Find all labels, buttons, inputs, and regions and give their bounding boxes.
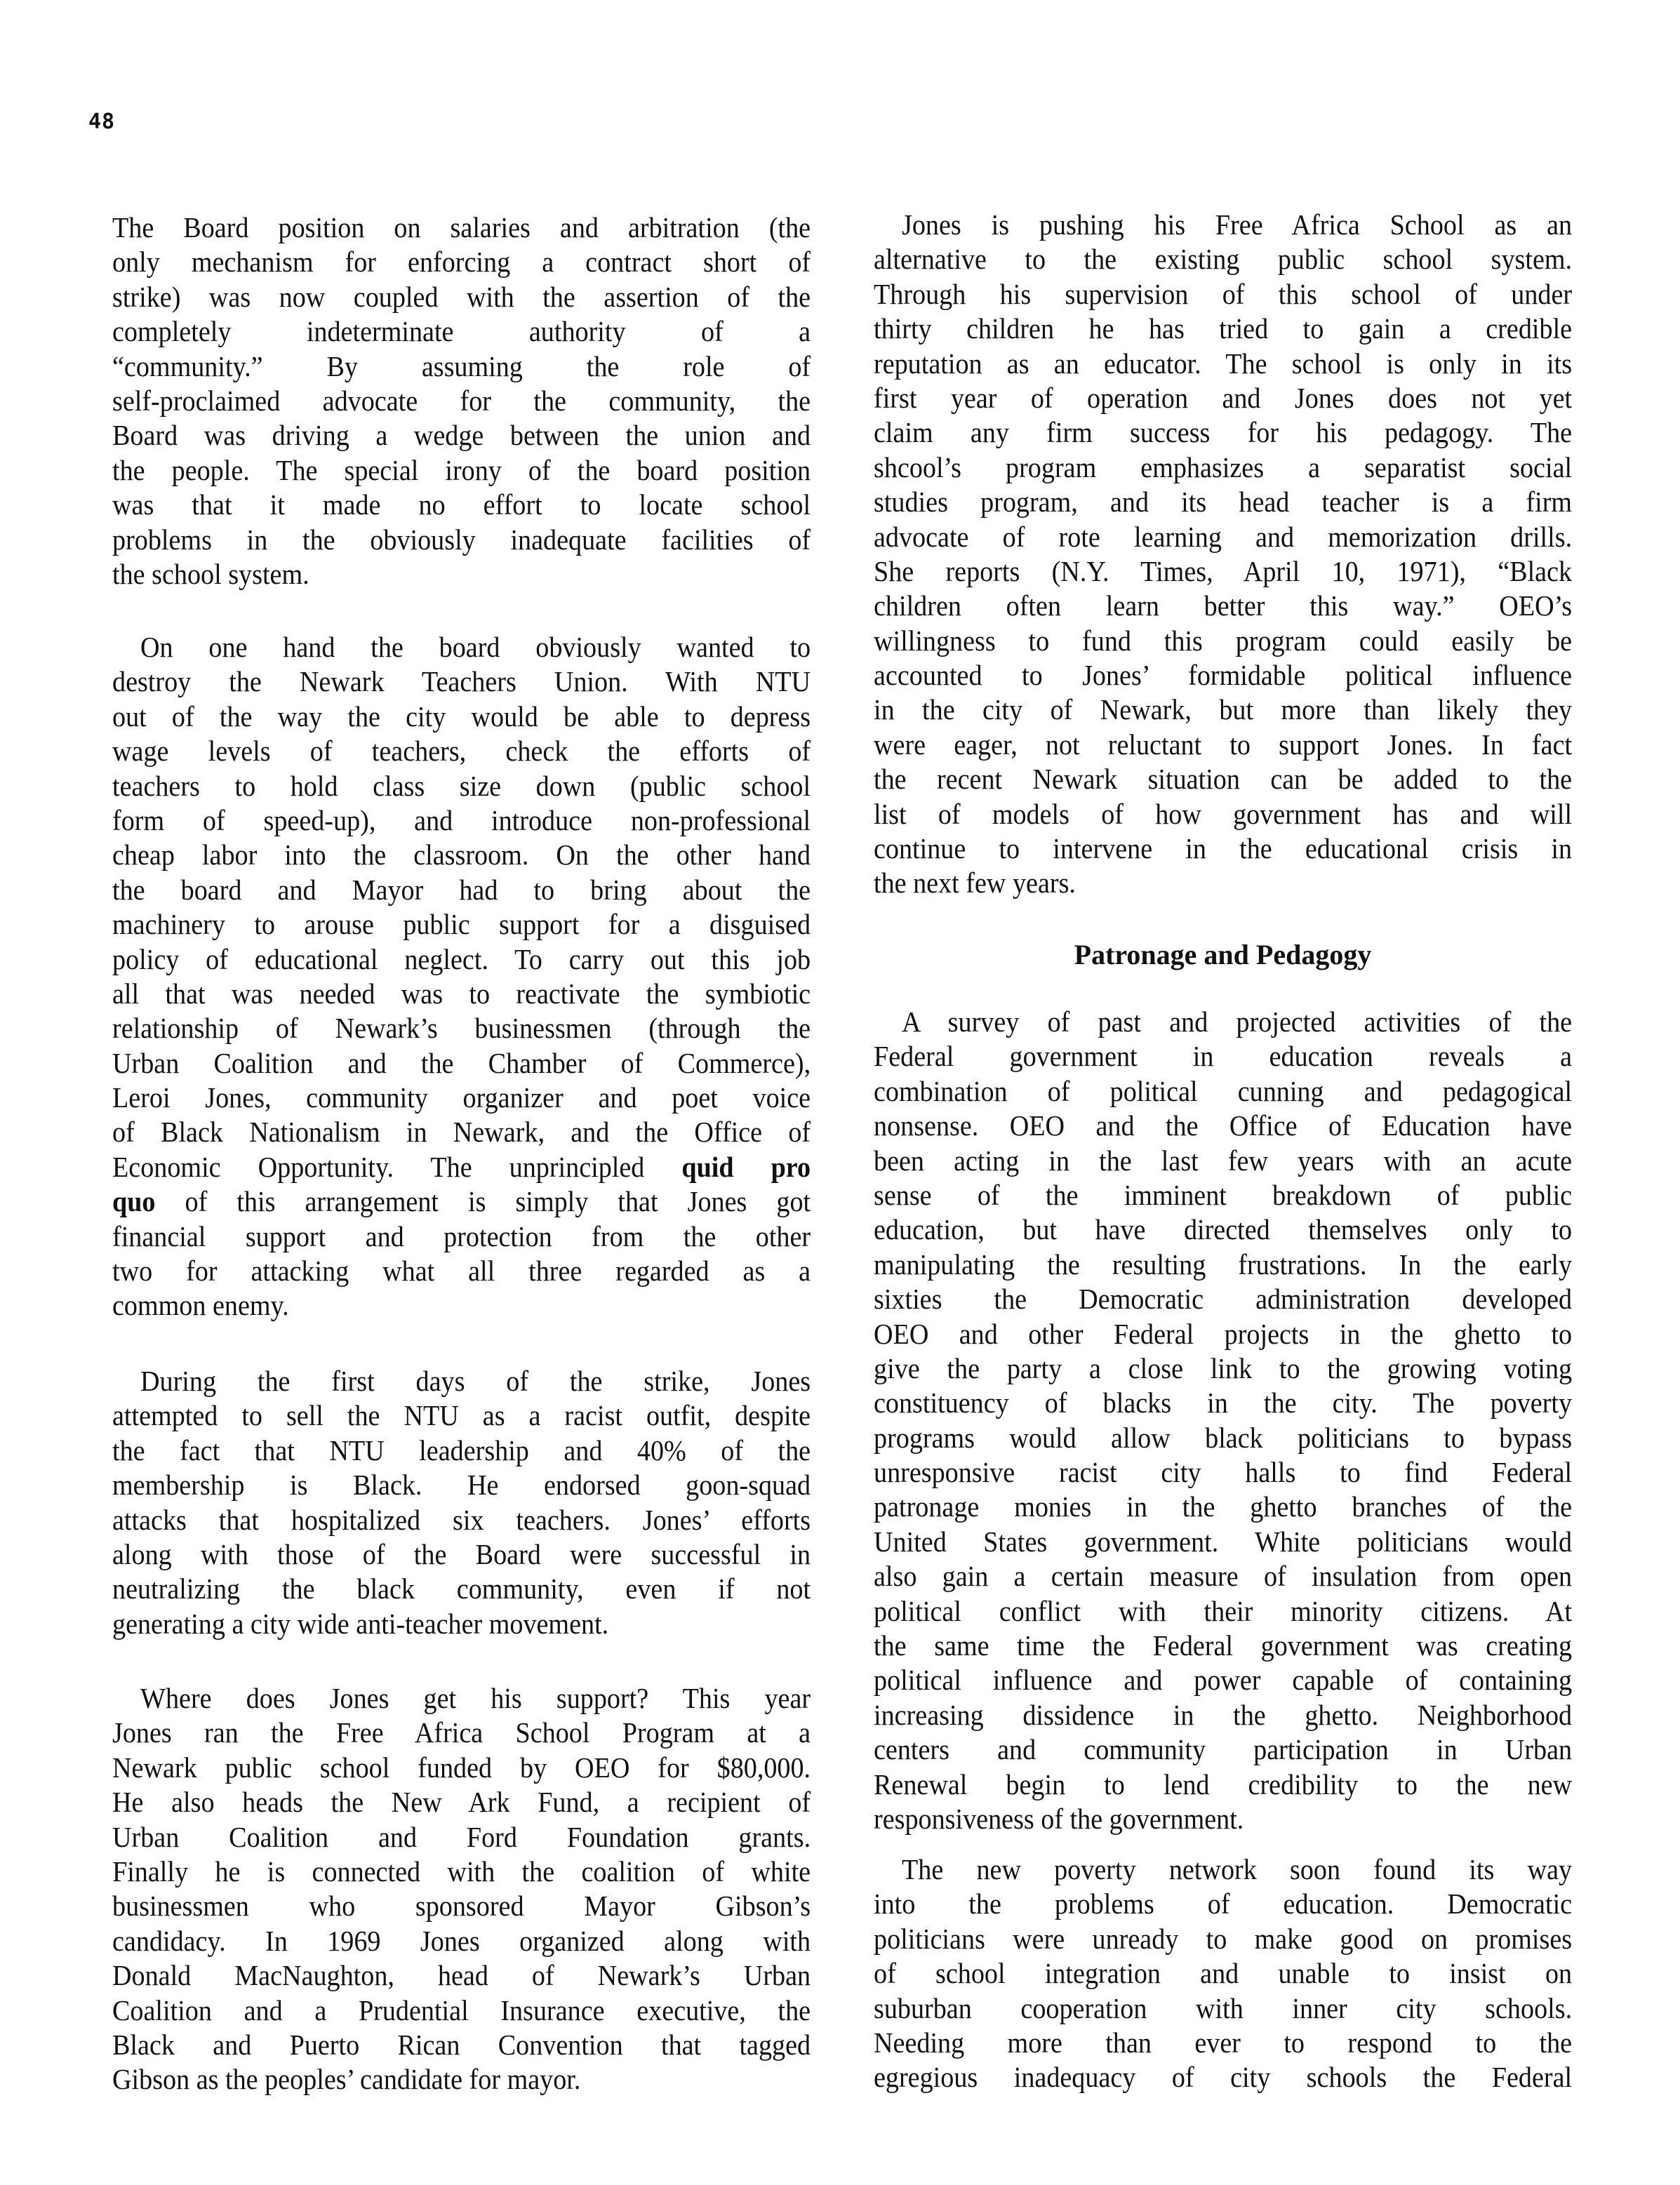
text-line: Needing more than ever to respond to the xyxy=(874,2026,1572,2060)
text-line: in the city of Newark, but more than lik… xyxy=(874,693,1572,727)
text-line: Renewal begin to lend credibility to the… xyxy=(874,1768,1572,1802)
text-line: manipulating the resulting frustrations.… xyxy=(874,1248,1572,1282)
text-line: thirty children he has tried to gain a c… xyxy=(874,312,1572,346)
text-line: Board was driving a wedge between the un… xyxy=(112,418,811,453)
text-line: list of models of how government has and… xyxy=(874,797,1572,831)
text-line: constituency of blacks in the city. The … xyxy=(874,1386,1572,1420)
text-line: The Board position on salaries and arbit… xyxy=(112,211,811,245)
text-line: first year of operation and Jones does n… xyxy=(874,381,1572,415)
text-line: generating a city wide anti-teacher move… xyxy=(112,1607,811,1641)
text-line: claim any firm success for his pedagogy.… xyxy=(874,415,1572,450)
text-line: common enemy. xyxy=(112,1288,811,1323)
text-line: all that was needed was to reactivate th… xyxy=(112,977,811,1011)
text-line: Economic Opportunity. The unprincipled q… xyxy=(112,1150,811,1184)
paragraph-board-position: The Board position on salaries and arbit… xyxy=(112,211,811,592)
text-line: Black and Puerto Rican Convention that t… xyxy=(112,2028,811,2062)
paragraph-strike-days: During the first days of the strike, Jon… xyxy=(112,1364,811,1641)
text-line: the board and Mayor had to bring about t… xyxy=(112,873,811,907)
text-line: candidacy. In 1969 Jones organized along… xyxy=(112,1924,811,1958)
text-line: Donald MacNaughton, head of Newark’s Urb… xyxy=(112,1958,811,1993)
text-line: studies program, and its head teacher is… xyxy=(874,485,1572,519)
text-line: political influence and power capable of… xyxy=(874,1663,1572,1697)
text-line: was that it made no effort to locate sch… xyxy=(112,488,811,522)
text-line: She reports (N.Y. Times, April 10, 1971)… xyxy=(874,554,1572,589)
text-line: Jones is pushing his Free Africa School … xyxy=(874,208,1572,242)
text-line: Urban Coalition and the Chamber of Comme… xyxy=(112,1046,811,1081)
paragraph-federal-survey: A survey of past and projected activitie… xyxy=(874,1005,1572,1836)
text-line: patronage monies in the ghetto branches … xyxy=(874,1490,1572,1524)
text-line: Federal government in education reveals … xyxy=(874,1039,1572,1074)
text-line: the fact that NTU leadership and 40% of … xyxy=(112,1434,811,1468)
text-line: also gain a certain measure of insulatio… xyxy=(874,1559,1572,1593)
text-line: sense of the imminent breakdown of publi… xyxy=(874,1178,1572,1212)
text-line: completely indeterminate authority of a xyxy=(112,314,811,349)
text-line: Where does Jones get his support? This y… xyxy=(112,1681,811,1716)
text-line: were eager, not reluctant to support Jon… xyxy=(874,728,1572,762)
text-line: teachers to hold class size down (public… xyxy=(112,769,811,803)
text-line: cheap labor into the classroom. On the o… xyxy=(112,838,811,872)
section-heading: Patronage and Pedagogy xyxy=(874,937,1572,973)
text-segment: Economic Opportunity. The unprincipled xyxy=(112,1151,681,1183)
text-line: of Black Nationalism in Newark, and the … xyxy=(112,1115,811,1149)
document-page: 48 The Board position on salaries and ar… xyxy=(0,0,1680,2185)
text-line: sixties the Democratic administration de… xyxy=(874,1282,1572,1316)
text-line: two for attacking what all three regarde… xyxy=(112,1254,811,1288)
text-line: policy of educational neglect. To carry … xyxy=(112,942,811,977)
text-line: United States government. White politici… xyxy=(874,1525,1572,1559)
text-line: along with those of the Board were succe… xyxy=(112,1537,811,1572)
text-line: nonsense. OEO and the Office of Educatio… xyxy=(874,1109,1572,1143)
text-line: Gibson as the peoples’ candidate for may… xyxy=(112,2062,811,2097)
text-line: advocate of rote learning and memorizati… xyxy=(874,520,1572,554)
text-line: problems in the obviously inadequate fac… xyxy=(112,523,811,557)
text-line: give the party a close link to the growi… xyxy=(874,1351,1572,1386)
text-line: unresponsive racist city halls to find F… xyxy=(874,1455,1572,1490)
text-line: neutralizing the black community, even i… xyxy=(112,1572,811,1606)
text-line: On one hand the board obviously wanted t… xyxy=(112,630,811,664)
text-line: Finally he is connected with the coaliti… xyxy=(112,1855,811,1889)
text-line: During the first days of the strike, Jon… xyxy=(112,1364,811,1398)
text-line: suburban cooperation with inner city sch… xyxy=(874,1991,1572,2026)
text-line: The new poverty network soon found its w… xyxy=(874,1852,1572,1887)
text-line: OEO and other Federal projects in the gh… xyxy=(874,1317,1572,1351)
text-line: A survey of past and projected activitie… xyxy=(874,1005,1572,1039)
text-line: the same time the Federal government was… xyxy=(874,1629,1572,1663)
bold-phrase: quid pro xyxy=(681,1151,811,1183)
text-line: financial support and protection from th… xyxy=(112,1220,811,1254)
paragraph-destroy-union: On one hand the board obviously wanted t… xyxy=(112,630,811,1323)
text-line: combination of political cunning and ped… xyxy=(874,1074,1572,1109)
text-line: reputation as an educator. The school is… xyxy=(874,347,1572,381)
paragraph-free-africa-school: Jones is pushing his Free Africa School … xyxy=(874,208,1572,901)
text-line: the school system. xyxy=(112,557,811,592)
text-line: centers and community participation in U… xyxy=(874,1732,1572,1767)
text-line: attacks that hospitalized six teachers. … xyxy=(112,1503,811,1537)
text-line: into the problems of education. Democrat… xyxy=(874,1887,1572,1921)
text-line: of school integration and unable to insi… xyxy=(874,1956,1572,1991)
text-line: Jones ran the Free Africa School Program… xyxy=(112,1716,811,1750)
paragraph-poverty-network: The new poverty network soon found its w… xyxy=(874,1852,1572,2095)
text-line: Newark public school funded by OEO for $… xyxy=(112,1751,811,1785)
text-line: membership is Black. He endorsed goon-sq… xyxy=(112,1468,811,1502)
text-line: shcool’s program emphasizes a separatist… xyxy=(874,450,1572,485)
text-line: responsiveness of the government. xyxy=(874,1802,1572,1836)
paragraph-jones-support: Where does Jones get his support? This y… xyxy=(112,1681,811,2097)
text-line: businessmen who sponsored Mayor Gibson’s xyxy=(112,1889,811,1923)
text-line: children often learn better this way.” O… xyxy=(874,589,1572,623)
text-line: willingness to fund this program could e… xyxy=(874,624,1572,658)
text-line: out of the way the city would be able to… xyxy=(112,700,811,734)
text-line: the recent Newark situation can be added… xyxy=(874,762,1572,796)
text-line: machinery to arouse public support for a… xyxy=(112,907,811,942)
text-line: the next few years. xyxy=(874,866,1572,900)
bold-phrase: quo xyxy=(112,1185,155,1217)
text-line: wage levels of teachers, check the effor… xyxy=(112,734,811,768)
text-line: accounted to Jones’ formidable political… xyxy=(874,658,1572,693)
text-line: politicians were unready to make good on… xyxy=(874,1922,1572,1956)
text-line: programs would allow black politicians t… xyxy=(874,1421,1572,1455)
text-line: self-proclaimed advocate for the communi… xyxy=(112,384,811,418)
text-line: education, but have directed themselves … xyxy=(874,1212,1572,1247)
text-line: destroy the Newark Teachers Union. With … xyxy=(112,664,811,699)
text-line: Urban Coalition and Ford Foundation gran… xyxy=(112,1820,811,1855)
text-line: Leroi Jones, community organizer and poe… xyxy=(112,1081,811,1115)
text-line: “community.” By assuming the role of xyxy=(112,349,811,384)
page-number: 48 xyxy=(88,109,115,134)
text-line: been acting in the last few years with a… xyxy=(874,1144,1572,1178)
text-line: Coalition and a Prudential Insurance exe… xyxy=(112,1993,811,2028)
text-line: form of speed-up), and introduce non-pro… xyxy=(112,803,811,838)
text-line: egregious inadequacy of city schools the… xyxy=(874,2060,1572,2094)
text-line: only mechanism for enforcing a contract … xyxy=(112,245,811,279)
text-line: Through his supervision of this school o… xyxy=(874,277,1572,312)
text-line: continue to intervene in the educational… xyxy=(874,831,1572,866)
text-line: attempted to sell the NTU as a racist ou… xyxy=(112,1398,811,1433)
text-line: alternative to the existing public schoo… xyxy=(874,242,1572,276)
text-line: He also heads the New Ark Fund, a recipi… xyxy=(112,1785,811,1819)
text-line: quo of this arrangement is simply that J… xyxy=(112,1184,811,1219)
text-line: increasing dissidence in the ghetto. Nei… xyxy=(874,1698,1572,1732)
text-segment: of this arrangement is simply that Jones… xyxy=(185,1185,811,1217)
text-line: relationship of Newark’s businessmen (th… xyxy=(112,1011,811,1045)
text-line: strike) was now coupled with the asserti… xyxy=(112,280,811,314)
text-line: political conflict with their minority c… xyxy=(874,1594,1572,1629)
text-line: the people. The special irony of the boa… xyxy=(112,453,811,488)
